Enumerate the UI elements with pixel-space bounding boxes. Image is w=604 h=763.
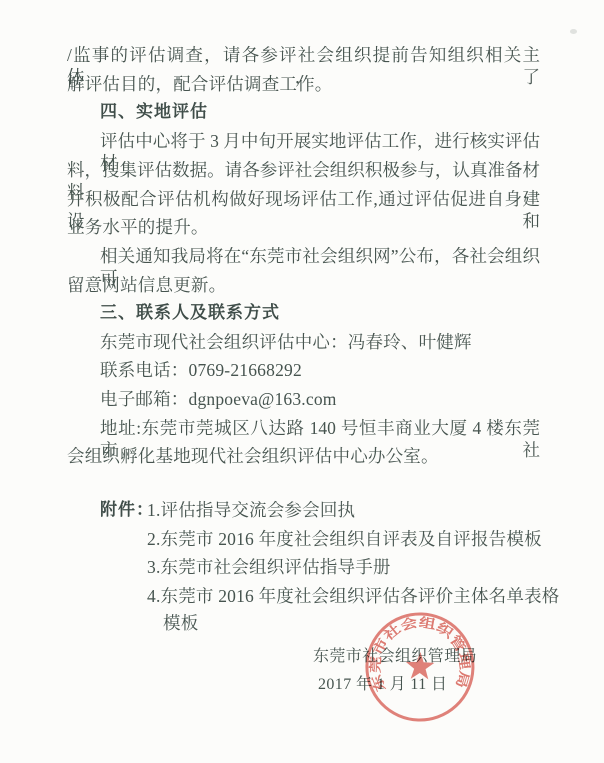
seal-star-icon <box>405 652 435 680</box>
contact-address-line2: 会组织孵化基地现代社会组织评估中心办公室。 <box>67 445 439 467</box>
attachments-label: 附件： <box>100 499 154 521</box>
contact-email: 电子邮箱：dgnpoeva@163.com <box>100 388 337 410</box>
attachment-item: 1.评估指导交流会参会回执 <box>147 499 355 521</box>
contact-center-names: 东莞市现代社会组织评估中心：冯春玲、叶健辉 <box>100 331 472 353</box>
attachment-item: 3.东莞市社会组织评估指导手册 <box>147 556 391 578</box>
official-seal: 东莞市社会组织管理局 <box>356 601 484 729</box>
attachment-item-wrap: 模板 <box>163 612 198 634</box>
body-line: 业务水平的提升。 <box>67 216 209 238</box>
scan-speck <box>570 29 577 34</box>
attachment-item: 4.东莞市 2016 年度社会组织评估各评价主体名单表格 <box>147 585 559 607</box>
body-line: 留意网站信息更新。 <box>67 274 226 296</box>
attachment-item: 2.东莞市 2016 年度社会组织自评表及自评报告模板 <box>147 528 542 550</box>
contact-phone: 联系电话：0769-21668292 <box>100 359 302 381</box>
document-page: /监事的评估调查，请各参评社会组织提前告知组织相关主体，了 解评估目的，配合评估… <box>0 0 604 763</box>
section-heading-field-evaluation: 四、实地评估 <box>100 101 208 123</box>
section-heading-contacts: 三、联系人及联系方式 <box>100 302 280 324</box>
body-line: 解评估目的，配合评估调查工作。 <box>67 73 333 95</box>
